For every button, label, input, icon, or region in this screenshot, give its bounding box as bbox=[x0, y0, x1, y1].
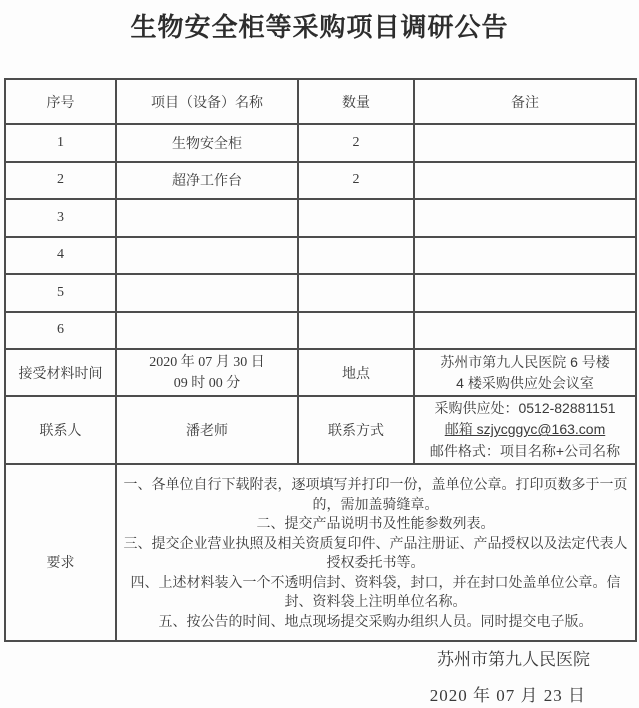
row-note bbox=[414, 237, 636, 275]
contact-row: 联系人 潘老师 联系方式 采购供应处：0512-82881151 邮箱 szjy… bbox=[5, 396, 636, 464]
row-no: 3 bbox=[5, 199, 116, 237]
location-line-2: 4 楼采购供应处会议室 bbox=[415, 373, 635, 394]
requirements-label: 要求 bbox=[5, 464, 116, 641]
row-qty bbox=[298, 237, 414, 275]
row-name bbox=[116, 199, 298, 237]
time-value: 2020 年 07 月 30 日 09 时 00 分 bbox=[116, 349, 298, 396]
requirements-content: 一、各单位自行下载附表，逐项填写并打印一份，盖单位公章。打印页数多于一页的，需加… bbox=[116, 464, 636, 641]
requirement-item-3: 三、提交企业营业执照及相关资质复印件、产品注册证、产品授权以及法定代表人授权委托… bbox=[120, 534, 631, 573]
header-no: 序号 bbox=[5, 79, 116, 124]
row-name bbox=[116, 274, 298, 312]
row-name bbox=[116, 312, 298, 350]
requirements-row: 要求 一、各单位自行下载附表，逐项填写并打印一份，盖单位公章。打印页数多于一页的… bbox=[5, 464, 636, 641]
row-qty: 2 bbox=[298, 124, 414, 162]
time-row: 接受材料时间 2020 年 07 月 30 日 09 时 00 分 地点 苏州市… bbox=[5, 349, 636, 396]
contact-person: 潘老师 bbox=[116, 396, 298, 464]
table-row: 5 bbox=[5, 274, 636, 312]
header-name: 项目（设备）名称 bbox=[116, 79, 298, 124]
header-note: 备注 bbox=[414, 79, 636, 124]
time-label: 接受材料时间 bbox=[5, 349, 116, 396]
row-no: 1 bbox=[5, 124, 116, 162]
row-no: 5 bbox=[5, 274, 116, 312]
location-line-1: 苏州市第九人民医院 6 号楼 bbox=[415, 352, 635, 373]
table-row: 6 bbox=[5, 312, 636, 350]
table-row: 1 生物安全柜 2 bbox=[5, 124, 636, 162]
row-note bbox=[414, 199, 636, 237]
contact-phone-line: 采购供应处：0512-82881151 bbox=[417, 398, 633, 419]
footer-organization: 苏州市第九人民医院 bbox=[0, 645, 639, 670]
row-note bbox=[414, 124, 636, 162]
page-title: 生物安全柜等采购项目调研公告 bbox=[0, 7, 639, 44]
row-qty bbox=[298, 199, 414, 237]
row-qty: 2 bbox=[298, 162, 414, 200]
requirement-item-1: 一、各单位自行下载附表，逐项填写并打印一份，盖单位公章。打印页数多于一页的，需加… bbox=[120, 475, 631, 514]
row-qty bbox=[298, 312, 414, 350]
contact-format-line: 邮件格式：项目名称+公司名称 bbox=[417, 441, 633, 462]
contact-label: 联系人 bbox=[5, 396, 116, 464]
contact-method-label: 联系方式 bbox=[298, 396, 414, 464]
requirement-item-2: 二、提交产品说明书及性能参数列表。 bbox=[120, 514, 631, 534]
row-no: 4 bbox=[5, 237, 116, 275]
footer-date: 2020 年 07 月 23 日 bbox=[0, 681, 639, 706]
time-clock-line: 09 时 00 分 bbox=[117, 373, 297, 394]
row-note bbox=[414, 274, 636, 312]
row-no: 6 bbox=[5, 312, 116, 350]
row-note bbox=[414, 312, 636, 350]
row-name: 生物安全柜 bbox=[116, 124, 298, 162]
row-note bbox=[414, 162, 636, 200]
header-qty: 数量 bbox=[298, 79, 414, 124]
row-name bbox=[116, 237, 298, 275]
table-header-row: 序号 项目（设备）名称 数量 备注 bbox=[5, 79, 636, 124]
row-name: 超净工作台 bbox=[116, 162, 298, 200]
row-qty bbox=[298, 274, 414, 312]
row-no: 2 bbox=[5, 162, 116, 200]
requirement-item-5: 五、按公告的时间、地点现场提交采购办组织人员。同时提交电子版。 bbox=[120, 612, 631, 632]
location-value: 苏州市第九人民医院 6 号楼 4 楼采购供应处会议室 bbox=[414, 349, 636, 396]
table-row: 2 超净工作台 2 bbox=[5, 162, 636, 200]
contact-email-link[interactable]: 邮箱 szjycggyc@163.com bbox=[417, 419, 633, 440]
table-row: 4 bbox=[5, 237, 636, 275]
announcement-table: 序号 项目（设备）名称 数量 备注 1 生物安全柜 2 2 超净工作台 2 3 … bbox=[4, 78, 637, 642]
contact-details: 采购供应处：0512-82881151 邮箱 szjycggyc@163.com… bbox=[414, 396, 636, 464]
table-row: 3 bbox=[5, 199, 636, 237]
time-date-line: 2020 年 07 月 30 日 bbox=[117, 352, 297, 373]
location-label: 地点 bbox=[298, 349, 414, 396]
requirement-item-4: 四、上述材料装入一个不透明信封、资料袋，封口，并在封口处盖单位公章。信封、资料袋… bbox=[120, 573, 631, 612]
